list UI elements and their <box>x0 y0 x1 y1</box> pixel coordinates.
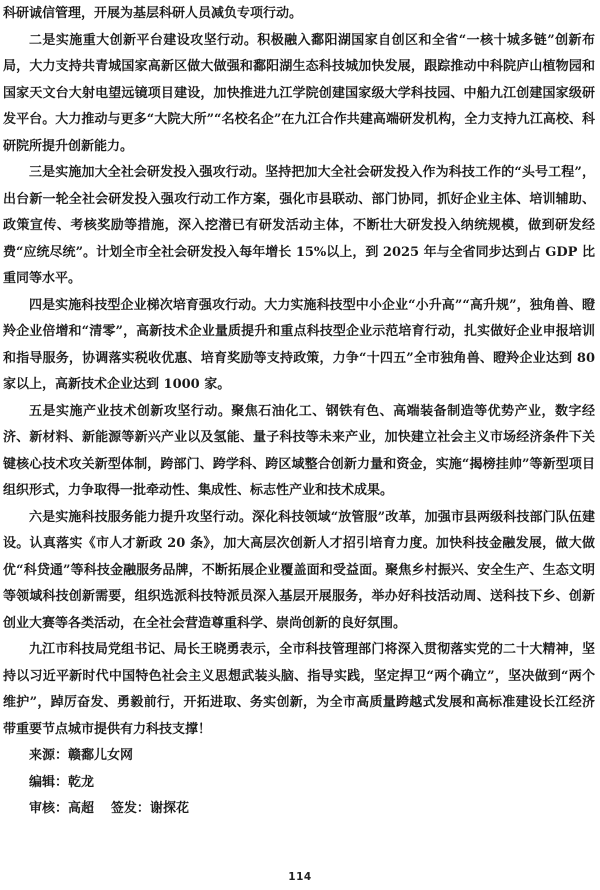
credits-review-line: 审核：高超签发：谢探花 <box>3 796 595 823</box>
reviewer-value: 高超 <box>68 801 94 816</box>
body-paragraph: 六是实施科技服务能力提升攻坚行动。深化科技领域“放管服”改革，加强市县两级科技部… <box>3 505 595 638</box>
body-paragraph: 二是实施重大创新平台建设攻坚行动。积极融入鄱阳湖国家自创区和全省“一核十城多链”… <box>3 28 595 161</box>
body-paragraph: 五是实施产业技术创新攻坚行动。聚焦石油化工、钢铁有色、高端装备制造等优势产业，数… <box>3 399 595 505</box>
page-number: 114 <box>0 871 600 883</box>
issuer-value: 谢探花 <box>150 801 189 816</box>
body-paragraph: 九江市科技局党组书记、局长王晓勇表示，全市科技管理部门将深入贯彻落实党的二十大精… <box>3 637 595 743</box>
document-page: 科研诚信管理，开展为基层科研人员减负专项行动。 二是实施重大创新平台建设攻坚行动… <box>0 0 600 890</box>
editor-label: 编辑： <box>29 775 68 790</box>
editor-value: 乾龙 <box>68 775 94 790</box>
credits-editor-line: 编辑：乾龙 <box>3 770 595 797</box>
credits-source-line: 来源：赣鄱儿女网 <box>3 743 595 770</box>
body-paragraph: 科研诚信管理，开展为基层科研人员减负专项行动。 <box>3 1 595 28</box>
body-paragraph: 四是实施科技型企业梯次培育强攻行动。大力实施科技型中小企业“小升高”“高升规”，… <box>3 293 595 399</box>
source-value: 赣鄱儿女网 <box>68 748 133 763</box>
reviewer-label: 审核： <box>29 801 68 816</box>
source-label: 来源： <box>29 748 68 763</box>
issuer-label: 签发： <box>111 801 150 816</box>
body-paragraph: 三是实施加大全社会研发投入强攻行动。坚持把加大全社会研发投入作为科技工作的“头号… <box>3 160 595 293</box>
